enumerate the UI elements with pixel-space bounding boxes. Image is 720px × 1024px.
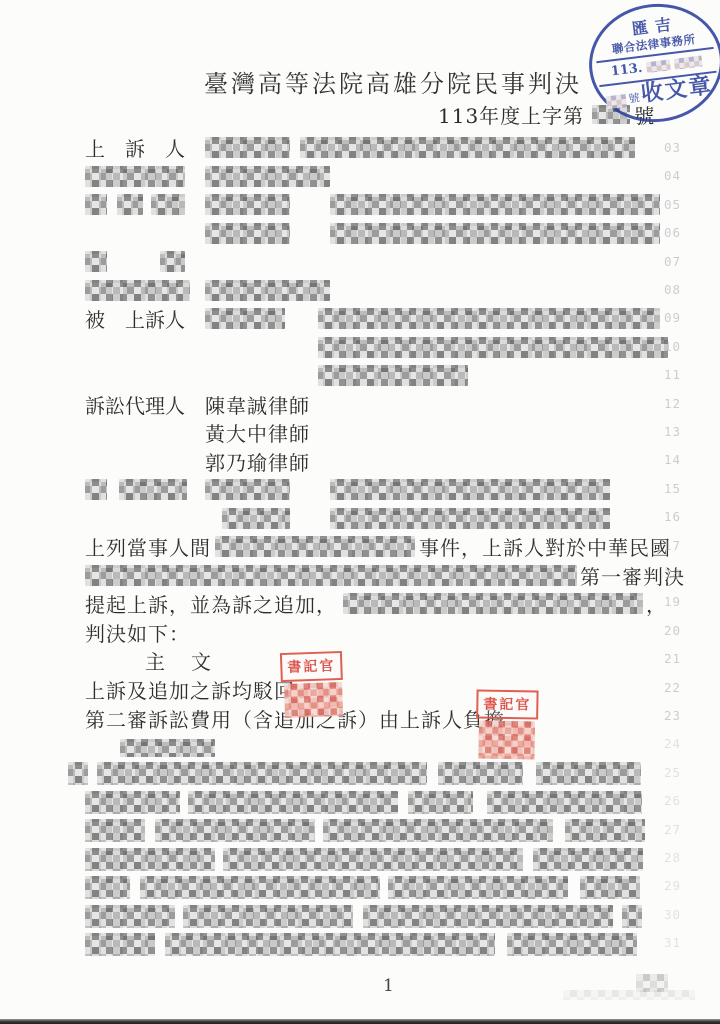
redacted-row [85, 248, 185, 274]
holding-heading-row: 主 文 [145, 647, 214, 673]
scanned-judgment-page: 臺灣高等法院高雄分院民事判決 113年度上字第 號 上 訴 人 [0, 0, 720, 1024]
line-number: 21 [664, 651, 694, 666]
redacted-text [85, 933, 155, 956]
redacted-row [222, 505, 610, 531]
redacted-paragraph-line [85, 931, 637, 957]
redacted-name [205, 223, 290, 244]
line-number: 28 [664, 850, 694, 865]
document-title-row: 臺灣高等法院高雄分院民事判決 [204, 68, 582, 94]
line-number: 27 [664, 822, 694, 837]
redacted-row [85, 277, 330, 303]
line-number: 20 [664, 623, 694, 638]
redacted-text [205, 166, 330, 187]
holding-heading: 主 文 [145, 646, 214, 675]
preamble-text: 事件，上訴人對於中華民國 [419, 532, 671, 561]
line-number: 24 [664, 736, 694, 751]
redacted-name [222, 508, 290, 529]
redacted-text [343, 593, 643, 614]
redacted-text [85, 848, 215, 871]
redacted-text [205, 280, 330, 301]
clerk-stamp: 書記官 [475, 689, 538, 759]
redacted-text [85, 194, 107, 215]
counsel-row: 郭乃瑜律師 [205, 448, 310, 474]
redacted-text [119, 479, 187, 500]
line-number: 13 [664, 424, 694, 439]
preamble-text: 判決如下： [85, 618, 190, 647]
redacted-text [183, 905, 353, 928]
firm-stamp-number-suffix: 號 [628, 89, 641, 106]
redacted-name [205, 137, 290, 158]
clerk-stamp-label: 書記官 [476, 689, 538, 719]
redacted-text [155, 819, 315, 842]
line-number: 17 [664, 538, 694, 553]
redacted-text [388, 876, 568, 899]
redacted-text [533, 848, 643, 871]
line-number: 25 [664, 765, 694, 780]
line-number: 03 [664, 140, 694, 155]
redacted-text [120, 739, 215, 757]
redacted-paragraph-line [85, 789, 642, 815]
redacted-row [85, 476, 610, 502]
firm-stamp-date-prefix: 113. [610, 61, 643, 80]
redacted-text [580, 876, 640, 899]
appellee-label: 被 上訴人 [85, 304, 189, 333]
redacted-text [85, 819, 145, 842]
counsel-row: 訴訟代理人 陳韋誠律師 [85, 391, 310, 417]
redacted-text [97, 762, 427, 785]
line-number: 18 [664, 566, 694, 581]
redacted-address [330, 479, 610, 500]
redacted-text [160, 251, 185, 272]
redacted-text [140, 876, 380, 899]
redacted-row [318, 362, 468, 388]
redacted-text [85, 280, 190, 301]
line-number: 07 [664, 254, 694, 269]
redacted-text [85, 876, 130, 899]
redacted-text [363, 905, 613, 928]
line-number: 08 [664, 282, 694, 297]
line-number: 23 [664, 708, 694, 723]
redacted-stamp-date [673, 55, 702, 69]
counsel-name: 陳韋誠律師 [205, 390, 310, 419]
redacted-text [68, 762, 88, 785]
redacted-address [318, 308, 660, 329]
scan-edge-shadow [0, 1019, 720, 1024]
redacted-text [85, 251, 107, 272]
redacted-row [120, 735, 215, 761]
line-number: 26 [664, 793, 694, 808]
redacted-paragraph-line [68, 760, 641, 786]
line-number: 29 [664, 878, 694, 893]
preamble-text: 上列當事人間 [85, 532, 211, 561]
appellant-label: 上 訴 人 [85, 133, 189, 162]
counsel-name: 郭乃瑜律師 [205, 447, 310, 476]
redacted-text [188, 791, 398, 814]
preamble-line: 第一審判決 [85, 562, 685, 588]
redacted-row [318, 334, 668, 360]
redacted-name [205, 194, 290, 215]
firm-stamp-receipt-row: 號 收文章 [605, 74, 714, 109]
redacted-row [85, 163, 330, 189]
redacted-text [487, 791, 642, 814]
redacted-row [85, 191, 660, 217]
appellee-row: 被 上訴人 [85, 305, 660, 331]
line-number: 09 [664, 310, 694, 325]
redacted-receipt-number [606, 94, 627, 109]
faint-watermark [563, 990, 695, 1000]
line-number: 05 [664, 197, 694, 212]
line-number: 16 [664, 509, 694, 524]
line-number: 22 [664, 680, 694, 695]
redacted-paragraph-line [85, 903, 642, 929]
case-number-prefix: 113年度上字第 [438, 100, 584, 129]
redacted-address [330, 223, 660, 244]
redacted-text [223, 848, 523, 871]
redacted-text [536, 762, 641, 785]
redacted-stamp-date [646, 59, 671, 73]
counsel-name: 黃大中律師 [205, 418, 310, 447]
redacted-text [85, 565, 577, 586]
redacted-address [300, 137, 635, 158]
line-number: 19 [664, 594, 694, 609]
line-number: 14 [664, 452, 694, 467]
line-number: 15 [664, 481, 694, 496]
redacted-text [85, 166, 185, 187]
page-number: 1 [383, 976, 394, 996]
redacted-name [205, 479, 290, 500]
redacted-text [165, 933, 495, 956]
firm-stamp-receipt-label: 收文章 [640, 74, 714, 105]
holding-item: 上訴及追加之訴均駁回 [85, 675, 295, 704]
preamble-line: 上列當事人間 事件，上訴人對於中華民國 [85, 533, 671, 559]
redacted-text [85, 479, 107, 500]
redacted-text [117, 194, 143, 215]
page-title: 臺灣高等法院高雄分院民事判決 [204, 64, 582, 99]
counsel-label: 訴訟代理人 [85, 390, 189, 419]
redacted-paragraph-line [85, 874, 640, 900]
preamble-line: 判決如下： [85, 619, 190, 645]
line-number: 06 [664, 225, 694, 240]
redacted-text [622, 905, 642, 928]
line-number: 12 [664, 396, 694, 411]
clerk-stamp: 書記官 [280, 651, 344, 718]
redacted-paragraph-line [85, 817, 645, 843]
line-number: 10 [664, 339, 694, 354]
redacted-address [318, 365, 468, 386]
line-number: 31 [664, 935, 694, 950]
redacted-text [507, 933, 637, 956]
holding-item-row: 上訴及追加之訴均駁回 [85, 676, 295, 702]
redacted-clerk-name [478, 721, 535, 760]
redacted-text [151, 194, 185, 215]
redacted-text [85, 791, 180, 814]
redacted-address [318, 337, 668, 358]
line-number: 04 [664, 168, 694, 183]
redacted-text [215, 536, 415, 557]
redacted-name [205, 308, 285, 329]
redacted-text [565, 819, 645, 842]
line-number: 11 [664, 367, 694, 382]
redacted-text [408, 791, 473, 814]
counsel-row: 黃大中律師 [205, 419, 310, 445]
preamble-text: 提起上訴，並為訴之追加， [85, 589, 337, 618]
redacted-clerk-name [284, 682, 343, 718]
appellant-row: 上 訴 人 [85, 134, 635, 160]
clerk-stamp-label: 書記官 [280, 651, 343, 682]
redacted-address [330, 508, 610, 529]
redacted-address [330, 194, 660, 215]
redacted-row [205, 220, 660, 246]
redacted-text [438, 762, 523, 785]
line-number: 30 [664, 907, 694, 922]
preamble-line: 提起上訴，並為訴之追加， ， [85, 590, 667, 616]
redacted-text [85, 905, 175, 928]
redacted-paragraph-line [85, 846, 643, 872]
redacted-text [323, 819, 553, 842]
